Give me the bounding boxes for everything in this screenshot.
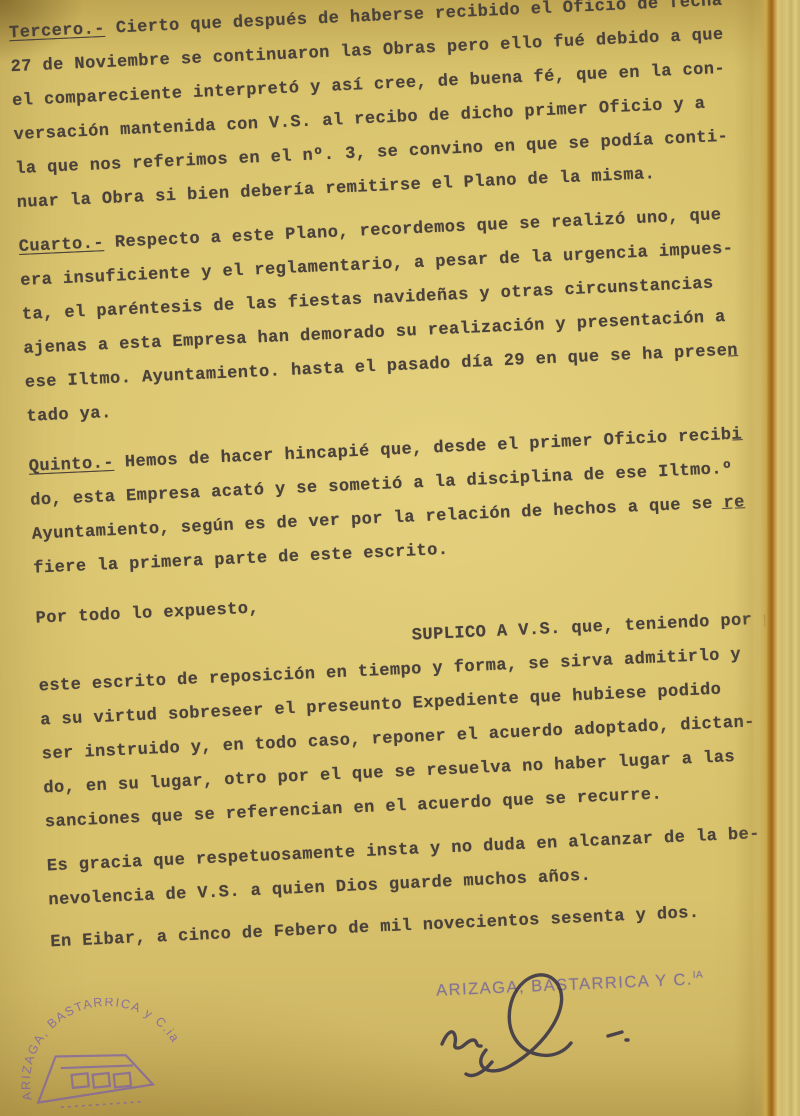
scanned-document-page: Tercero.-Cierto que después de haberse r… [0, 0, 800, 1116]
signature-loop [481, 975, 571, 1071]
company-stamp-superscript: IA [692, 970, 703, 981]
signature-flourish-icon [428, 938, 658, 1088]
paper-right-edge [754, 0, 800, 1116]
paragraph-label-tercero: Tercero.- [9, 20, 106, 43]
round-stamp-press-emblem-icon [34, 1047, 155, 1113]
paragraph-label-cuarto: Cuarto.- [18, 234, 104, 257]
signature-lead-scribble [442, 1032, 481, 1048]
paragraph-label-quinto: Quinto.- [28, 454, 114, 477]
signature-dash [608, 1032, 622, 1036]
company-round-stamp: ARIZAGA, BASTARRICA y C.ia [0, 998, 225, 1116]
typewritten-text: Tercero.-Cierto que después de haberse r… [8, 0, 800, 960]
